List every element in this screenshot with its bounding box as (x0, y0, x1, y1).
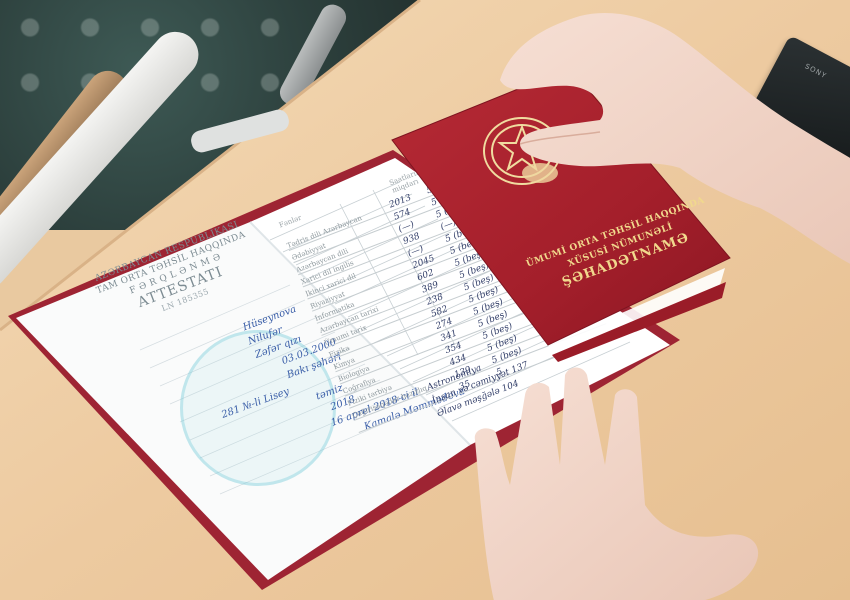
photo-scene: AZƏRBAYCAN RESPUBLİKASI TAM ORTA TƏHSİL … (0, 0, 850, 600)
hand-top (500, 8, 850, 278)
hand-bottom (465, 365, 765, 600)
